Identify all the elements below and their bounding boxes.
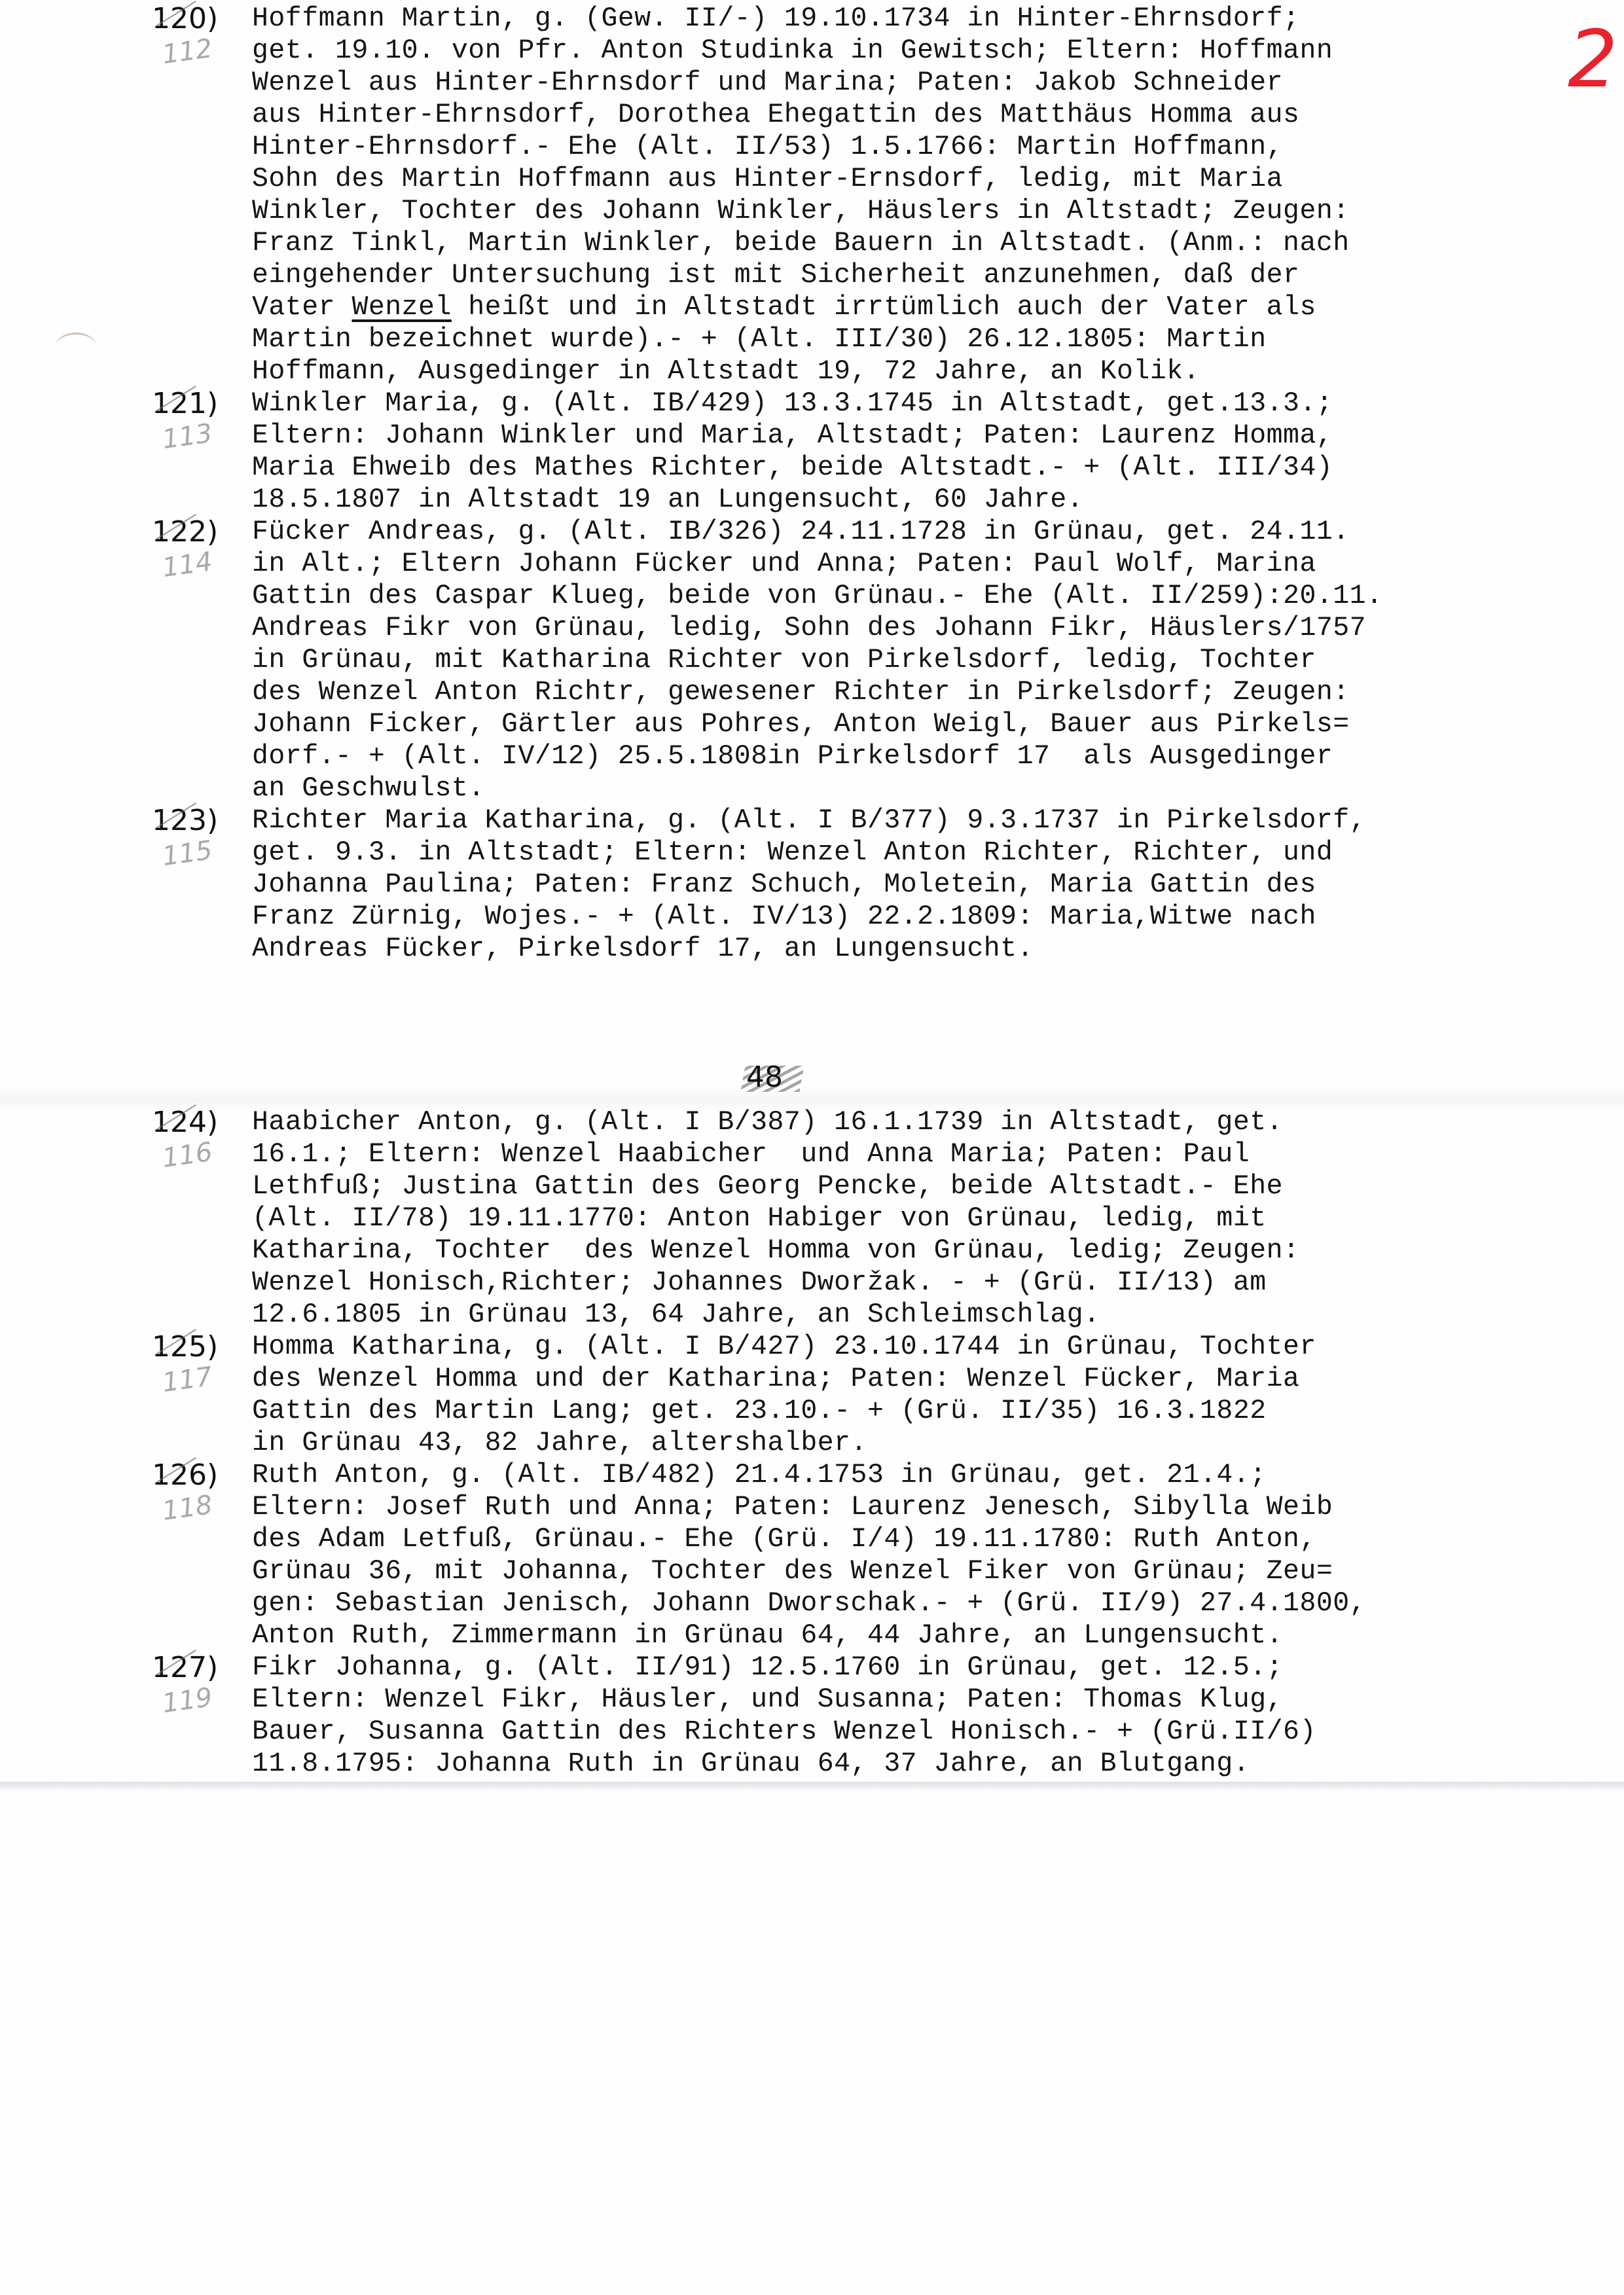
- entry-text: Hoffmann Martin, g. (Gew. II/-) 19.10.17…: [252, 3, 1350, 388]
- entry-text-line: Richter Maria Katharina, g. (Alt. I B/37…: [252, 804, 1366, 837]
- entry-text: Ruth Anton, g. (Alt. IB/482) 21.4.1753 i…: [252, 1459, 1366, 1652]
- entry-text-line: Franz Zürnig, Wojes.- + (Alt. IV/13) 22.…: [252, 901, 1366, 933]
- entry-text-line: 16.1.; Eltern: Wenzel Haabicher und Anna…: [252, 1138, 1299, 1170]
- entry-text-line: Bauer, Susanna Gattin des Richters Wenze…: [252, 1716, 1316, 1748]
- entry-text-line: Winkler, Tochter des Johann Winkler, Häu…: [252, 195, 1350, 227]
- entry-text: Winkler Maria, g. (Alt. IB/429) 13.3.174…: [252, 388, 1333, 516]
- entry-text-line: Sohn des Martin Hoffmann aus Hinter-Erns…: [252, 163, 1350, 195]
- entry-text-line: Hoffmann Martin, g. (Gew. II/-) 19.10.17…: [252, 3, 1350, 35]
- entry-text-line: dorf.- + (Alt. IV/12) 25.5.1808in Pirkel…: [252, 740, 1382, 772]
- entry-text-line: Katharina, Tochter des Wenzel Homma von …: [252, 1235, 1299, 1267]
- pencil-renumber: 116: [160, 1137, 214, 1174]
- entry-text-line: Gattin des Martin Lang; get. 23.10.- + (…: [252, 1395, 1316, 1427]
- entry-text-line: des Wenzel Homma und der Katharina; Pate…: [252, 1363, 1316, 1395]
- entry-text-line: in Grünau 43, 82 Jahre, altershalber.: [252, 1427, 1316, 1459]
- pencil-renumber: 115: [160, 835, 214, 872]
- entry-text-line: Hinter-Ehrnsdorf.- Ehe (Alt. II/53) 1.5.…: [252, 131, 1350, 163]
- entry-text-line: Eltern: Josef Ruth und Anna; Paten: Laur…: [252, 1491, 1366, 1523]
- red-page-mark: 2: [1568, 14, 1617, 105]
- entry-text-line: Gattin des Caspar Klueg, beide von Grüna…: [252, 580, 1382, 612]
- entry-text-line: Lethfuß; Justina Gattin des Georg Pencke…: [252, 1170, 1299, 1202]
- entry-text-line: Ruth Anton, g. (Alt. IB/482) 21.4.1753 i…: [252, 1459, 1366, 1491]
- entry-text-line: Martin bezeichnet wurde).- + (Alt. III/3…: [252, 323, 1350, 355]
- entry-text: Richter Maria Katharina, g. (Alt. I B/37…: [252, 804, 1366, 965]
- entry-text-line: eingehender Untersuchung ist mit Sicherh…: [252, 259, 1350, 291]
- entry-text-line: get. 9.3. in Altstadt; Eltern: Wenzel An…: [252, 837, 1366, 869]
- entry-text-line: get. 19.10. von Pfr. Anton Studinka in G…: [252, 35, 1350, 67]
- underlined-word: Wenzel: [352, 292, 451, 323]
- entry-text: Homma Katharina, g. (Alt. I B/427) 23.10…: [252, 1331, 1316, 1459]
- entry-text-line: Andreas Fikr von Grünau, ledig, Sohn des…: [252, 612, 1382, 644]
- entry-text-line: Winkler Maria, g. (Alt. IB/429) 13.3.174…: [252, 388, 1333, 420]
- entry-text-line: Anton Ruth, Zimmermann in Grünau 64, 44 …: [252, 1619, 1366, 1652]
- pencil-renumber: 113: [160, 418, 214, 455]
- entry-text-line: des Wenzel Anton Richtr, gewesener Richt…: [252, 676, 1382, 708]
- entry-text-line: gen: Sebastian Jenisch, Johann Dworschak…: [252, 1587, 1366, 1619]
- entry-text-line: Eltern: Wenzel Fikr, Häusler, und Susann…: [252, 1684, 1316, 1716]
- entry-text-line: Franz Tinkl, Martin Winkler, beide Bauer…: [252, 227, 1350, 259]
- entry-text-line: Johanna Paulina; Paten: Franz Schuch, Mo…: [252, 869, 1366, 901]
- entry-text-line: 11.8.1795: Johanna Ruth in Grünau 64, 37…: [252, 1748, 1316, 1780]
- entry-text-line: Vater Wenzel heißt und in Altstadt irrtü…: [252, 291, 1350, 323]
- entry-text: Fücker Andreas, g. (Alt. IB/326) 24.11.1…: [252, 516, 1382, 804]
- entry-text-line: Fikr Johanna, g. (Alt. II/91) 12.5.1760 …: [252, 1652, 1316, 1684]
- entry-text-line: Wenzel Honisch,Richter; Johannes Dworžak…: [252, 1267, 1299, 1299]
- entry-text-line: Andreas Fücker, Pirkelsdorf 17, an Lunge…: [252, 933, 1366, 965]
- entry-text-line: 18.5.1807 in Altstadt 19 an Lungensucht,…: [252, 484, 1333, 516]
- entry-text-line: Maria Ehweib des Mathes Richter, beide A…: [252, 452, 1333, 484]
- entry-text-line: Hoffmann, Ausgedinger in Altstadt 19, 72…: [252, 355, 1350, 388]
- entry-text-line: des Adam Letfuß, Grünau.- Ehe (Grü. I/4)…: [252, 1523, 1366, 1555]
- page-marker: 48: [746, 1060, 783, 1094]
- pencil-renumber: 112: [160, 33, 214, 70]
- punch-hole-shadow: [56, 333, 96, 361]
- entry-text-line: Eltern: Johann Winkler und Maria, Altsta…: [252, 420, 1333, 452]
- entry-text-line: aus Hinter-Ehrnsdorf, Dorothea Ehegattin…: [252, 99, 1350, 131]
- pencil-renumber: 114: [160, 547, 214, 583]
- entry-text-line: Grünau 36, mit Johanna, Tochter des Wenz…: [252, 1555, 1366, 1587]
- pencil-renumber: 117: [160, 1362, 214, 1398]
- entry-text-line: in Alt.; Eltern Johann Fücker und Anna; …: [252, 548, 1382, 580]
- entry-text-line: (Alt. II/78) 19.11.1770: Anton Habiger v…: [252, 1202, 1299, 1235]
- pencil-renumber: 118: [160, 1490, 214, 1527]
- entry-text-line: 12.6.1805 in Grünau 13, 64 Jahre, an Sch…: [252, 1299, 1299, 1331]
- entry-text: Fikr Johanna, g. (Alt. II/91) 12.5.1760 …: [252, 1652, 1316, 1780]
- pencil-renumber: 119: [160, 1682, 214, 1719]
- scanned-document-page: 2 120)112Hoffmann Martin, g. (Gew. II/-)…: [0, 0, 1624, 2295]
- entry-text: Haabicher Anton, g. (Alt. I B/387) 16.1.…: [252, 1106, 1299, 1331]
- paper-bottom-edge: [0, 1782, 1624, 1791]
- entry-text-line: Fücker Andreas, g. (Alt. IB/326) 24.11.1…: [252, 516, 1382, 548]
- entry-text-line: Homma Katharina, g. (Alt. I B/427) 23.10…: [252, 1331, 1316, 1363]
- entry-text-line: Haabicher Anton, g. (Alt. I B/387) 16.1.…: [252, 1106, 1299, 1138]
- entry-text-line: in Grünau, mit Katharina Richter von Pir…: [252, 644, 1382, 676]
- entry-text-line: an Geschwulst.: [252, 772, 1382, 804]
- entry-text-line: Wenzel aus Hinter-Ehrnsdorf und Marina; …: [252, 67, 1350, 99]
- entry-text-line: Johann Ficker, Gärtler aus Pohres, Anton…: [252, 708, 1382, 740]
